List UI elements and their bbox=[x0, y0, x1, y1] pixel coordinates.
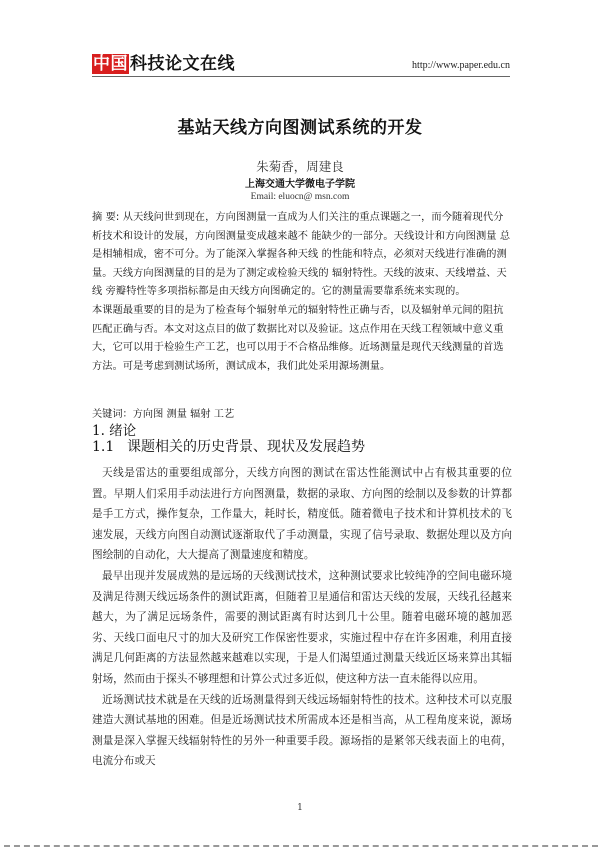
subsection-number: 1.1 bbox=[92, 439, 127, 455]
abstract-paragraph: 本课题最重要的目的是为了检查每个辐射单元的辐射特性正确与否，以及辐射单元间的阻抗… bbox=[92, 302, 512, 376]
paper-title: 基站天线方向图测试系统的开发 bbox=[0, 113, 600, 138]
footer-divider bbox=[4, 845, 598, 847]
logo-red-part: 中国 bbox=[92, 54, 129, 74]
paper-email: Email: eluocn@ msn.com bbox=[0, 192, 600, 202]
site-logo: 中国科技论文在线 bbox=[92, 54, 235, 74]
body-paragraph: 最早出现并发展成熟的是远场的天线测试技术，这种测试要求比较纯净的空间电磁环境及满… bbox=[92, 566, 512, 690]
abstract-paragraph: 摘 要: 从天线问世到现在，方向图测量一直成为人们关注的重点课题之一，而今随着现… bbox=[92, 209, 512, 302]
body-text: 天线是雷达的重要组成部分，天线方向图的测试在雷达性能测试中占有极其重要的位置。早… bbox=[92, 463, 512, 772]
logo-black-part: 科技论文在线 bbox=[130, 54, 235, 74]
body-paragraph: 近场测试技术就是在天线的近场测量得到天线远场辐射特性的技术。这种技术可以克服建造… bbox=[92, 690, 512, 772]
page-number: 1 bbox=[0, 803, 600, 813]
subsection-title: 课题相关的历史背景、现状及发展趋势 bbox=[127, 439, 365, 455]
body-paragraph: 天线是雷达的重要组成部分，天线方向图的测试在雷达性能测试中占有极其重要的位置。早… bbox=[92, 463, 512, 566]
subsection-heading: 1.1课题相关的历史背景、现状及发展趋势 bbox=[92, 436, 365, 456]
page-header: 中国科技论文在线 http://www.paper.edu.cn bbox=[92, 54, 510, 77]
keywords: 关键词：方向图 测量 辐射 工艺 bbox=[92, 405, 234, 420]
paper-affiliation: 上海交通大学微电子学院 bbox=[0, 175, 600, 190]
site-url: http://www.paper.edu.cn bbox=[412, 60, 510, 71]
abstract: 摘 要: 从天线问世到现在，方向图测量一直成为人们关注的重点课题之一，而今随着现… bbox=[92, 209, 512, 376]
paper-authors: 朱菊香，周建良 bbox=[0, 157, 600, 175]
